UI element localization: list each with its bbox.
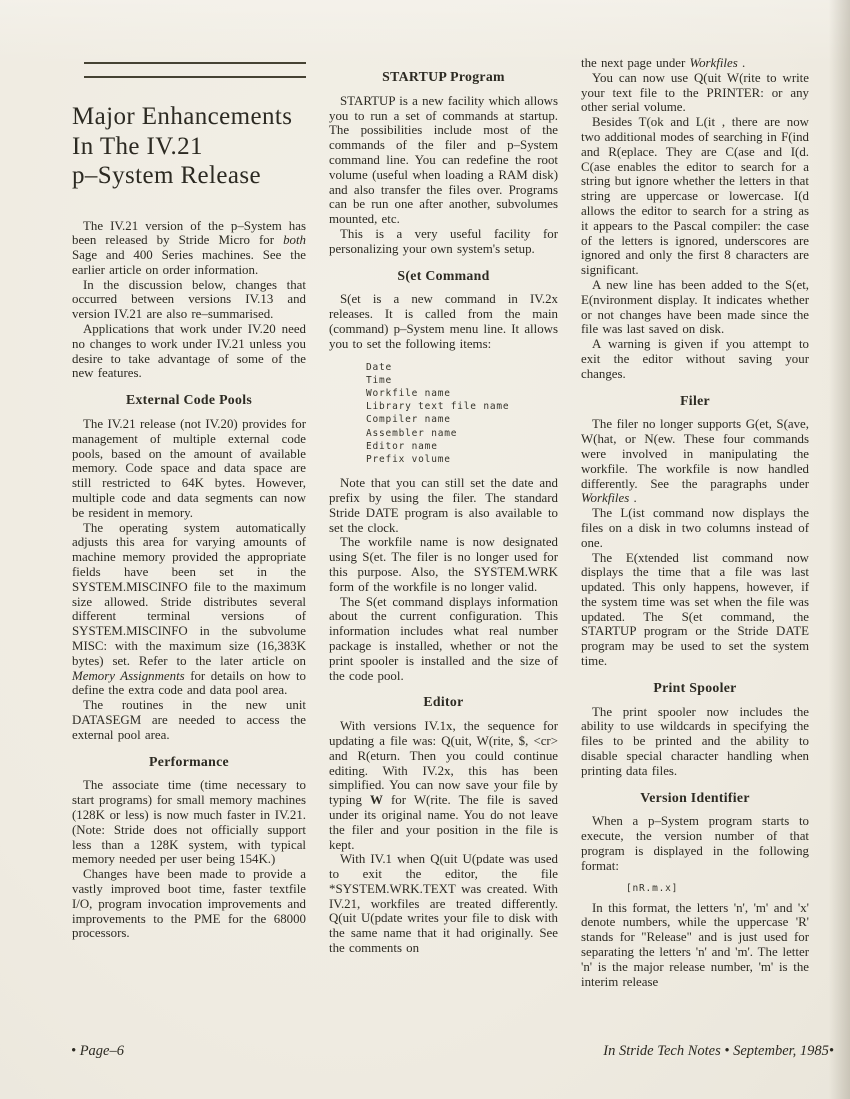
footer-publication-line: In Stride Tech Notes • September, 1985• (603, 1043, 834, 1060)
set-items-list: Date Time Workfile name Library text fil… (366, 361, 558, 467)
section-heading-print-spooler: Print Spooler (581, 681, 809, 696)
rule-line (84, 76, 306, 78)
title-line-2: In The IV.21 (72, 132, 306, 162)
section-heading-filer: Filer (581, 394, 809, 409)
column-left: Major Enhancements In The IV.21 p–System… (72, 58, 306, 941)
section-heading-startup-program: STARTUP Program (329, 70, 558, 85)
paragraph: The E(xtended list command now displays … (581, 551, 809, 669)
paragraph: The IV.21 version of the p–System has be… (72, 219, 306, 278)
set-item-prefix-volume: Prefix volume (366, 453, 558, 466)
rule-line (84, 62, 306, 64)
set-item-time: Time (366, 374, 558, 387)
column-right: the next page under Workfiles . You can … (581, 56, 809, 989)
paragraph: In this format, the letters 'n', 'm' and… (581, 901, 809, 990)
paragraph: The routines in the new unit DATASEGM ar… (72, 698, 306, 742)
title-line-1: Major Enhancements (72, 102, 306, 132)
paragraph: The print spooler now includes the abili… (581, 705, 809, 779)
set-item-workfile-name: Workfile name (366, 387, 558, 400)
paragraph: STARTUP is a new facility which allows y… (329, 94, 558, 227)
paragraph: With versions IV.1x, the sequence for up… (329, 719, 558, 852)
paragraph: When a p–System program starts to execut… (581, 814, 809, 873)
section-heading-performance: Performance (72, 755, 306, 770)
paragraph: The associate time (time necessary to st… (72, 778, 306, 867)
section-heading-version-identifier: Version Identifier (581, 791, 809, 806)
newsletter-page: Major Enhancements In The IV.21 p–System… (0, 0, 850, 1099)
article-title: Major Enhancements In The IV.21 p–System… (72, 102, 306, 191)
paragraph: This is a very useful facility for perso… (329, 227, 558, 257)
paragraph: The IV.21 release (not IV.20) provides f… (72, 417, 306, 521)
set-item-editor-name: Editor name (366, 440, 558, 453)
paragraph: Applications that work under IV.20 need … (72, 322, 306, 381)
paragraph: A warning is given if you attempt to exi… (581, 337, 809, 381)
paragraph: Note that you can still set the date and… (329, 476, 558, 535)
title-line-3: p–System Release (72, 161, 306, 191)
paragraph: Changes have been made to provide a vast… (72, 867, 306, 941)
paragraph: You can now use Q(uit W(rite to write yo… (581, 71, 809, 115)
paragraph: Besides T(ok and L(it , there are now tw… (581, 115, 809, 278)
paragraph: The S(et command displays information ab… (329, 595, 558, 684)
section-heading-external-code-pools: External Code Pools (72, 393, 306, 408)
paragraph: The L(ist command now displays the files… (581, 506, 809, 550)
set-item-compiler-name: Compiler name (366, 413, 558, 426)
paragraph: S(et is a new command in IV.2x releases.… (329, 292, 558, 351)
set-item-assembler-name: Assembler name (366, 427, 558, 440)
set-item-date: Date (366, 361, 558, 374)
version-format-code: [nR.m.x] (626, 882, 809, 895)
paragraph: A new line has been added to the S(et, E… (581, 278, 809, 337)
paragraph: the next page under Workfiles . (581, 56, 809, 71)
header-rules (84, 62, 306, 78)
page-number: • Page–6 (71, 1043, 124, 1060)
paragraph: The workfile name is now designated usin… (329, 535, 558, 594)
paragraph: In the discussion below, changes that oc… (72, 278, 306, 322)
section-heading-set-command: S(et Command (329, 269, 558, 284)
paragraph: The filer no longer supports G(et, S(ave… (581, 417, 809, 506)
column-middle: STARTUP Program STARTUP is a new facilit… (329, 70, 558, 956)
section-heading-editor: Editor (329, 695, 558, 710)
paragraph: With IV.1 when Q(uit U(pdate was used to… (329, 852, 558, 956)
set-item-library-text-file-name: Library text file name (366, 400, 558, 413)
paragraph: The operating system automatically adjus… (72, 521, 306, 699)
